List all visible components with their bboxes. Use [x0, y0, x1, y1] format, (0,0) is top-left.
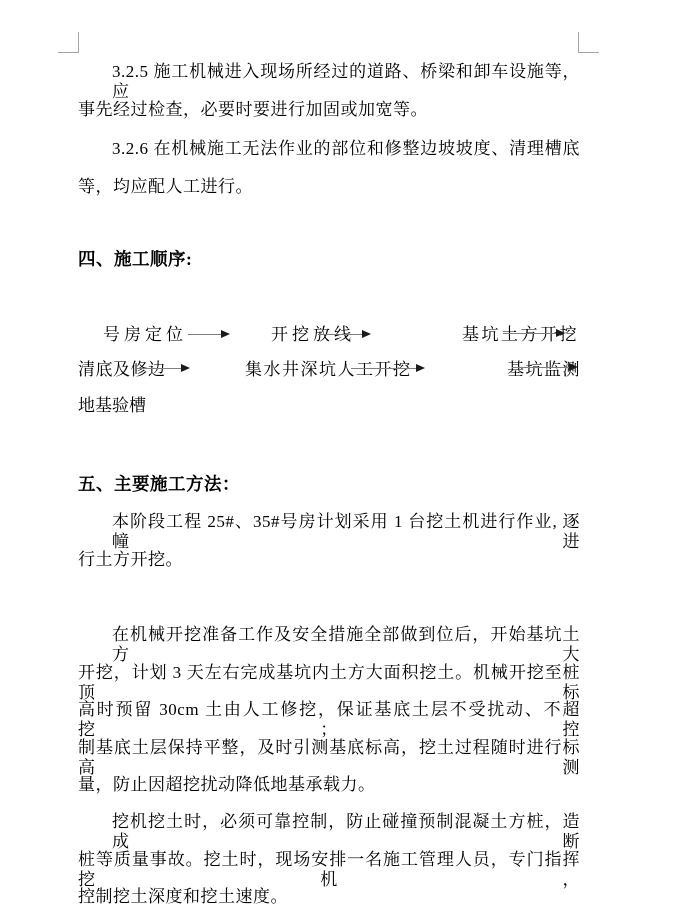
- para-5-2-line-4: 制基底土层保持平整，及时引测基底标高，挖土过程随时进行标高测: [78, 738, 580, 758]
- flow-node-kaiwa-fangxian: 开挖放线: [271, 325, 355, 345]
- flow-arrow-6-icon: [512, 367, 569, 368]
- document-page: 3.2.5 施工机械进入现场所经过的道路、桥梁和卸车设施等，应 事先经过检查，必…: [0, 0, 677, 917]
- flow-node-jishuijing-rengong: 集水井深坑人工开挖: [245, 360, 412, 380]
- flow-arrow-1-icon: [188, 334, 221, 335]
- flow-arrow-3-icon: [503, 333, 556, 334]
- flow-arrow-2-icon: [318, 334, 362, 335]
- para-5-2-line-2: 开挖，计划 3 天左右完成基坑内土方大面积挖土。机械开挖至桩顶标: [78, 663, 580, 683]
- crop-mark-top-right-horizontal: [578, 52, 599, 53]
- sec-3-2-6-line-1: 3.2.6 在机械施工无法作业的部位和修整边坡坡度、清理槽底: [78, 139, 580, 159]
- para-5-3-line-1: 挖机挖土时，必须可靠控制，防止碰撞预制混凝土方桩，造成断: [78, 812, 580, 832]
- crop-mark-top-right-vertical: [578, 32, 579, 53]
- sec-3-2-5-line-2: 事先经过检查，必要时要进行加固或加宽等。: [78, 100, 580, 120]
- para-5-1-line-2: 行土方开挖。: [78, 550, 580, 570]
- para-5-3-line-2: 桩等质量事故。挖土时，现场安排一名施工管理人员，专门指挥挖机，: [78, 850, 580, 870]
- sec-3-2-5-line-1: 3.2.5 施工机械进入现场所经过的道路、桥梁和卸车设施等，应: [78, 62, 580, 82]
- sec-3-2-6-line-2: 等，均应配人工进行。: [78, 177, 580, 197]
- flow-node-haofang-dingwei: 号房定位: [103, 325, 187, 345]
- flow-arrow-4-icon: [136, 368, 181, 369]
- flow-node-diji-yancao: 地基验槽: [78, 396, 146, 416]
- para-5-3-line-3: 控制挖土深度和挖土速度。: [78, 887, 580, 907]
- heading-construction-sequence: 四、施工顺序:: [78, 249, 580, 269]
- para-5-1-line-1: 本阶段工程 25#、35#号房计划采用 1 台挖土机进行作业, 逐幢进: [78, 512, 580, 532]
- crop-mark-top-left-horizontal: [58, 52, 79, 53]
- flow-arrow-5-icon: [351, 368, 416, 369]
- heading-main-construction-methods: 五、主要施工方法：: [78, 474, 580, 494]
- para-5-2-line-1: 在机械开挖准备工作及安全措施全部做到位后，开始基坑土方大: [78, 625, 580, 645]
- crop-mark-top-left-vertical: [78, 32, 79, 53]
- para-5-2-line-5: 量，防止因超挖扰动降低地基承载力。: [78, 775, 580, 795]
- para-5-2-line-3: 高时预留 30cm 土由人工修挖，保证基底土层不受扰动、不超挖；控: [78, 700, 580, 720]
- flow-node-qingdi-xiubian: 清底及修边: [78, 360, 166, 380]
